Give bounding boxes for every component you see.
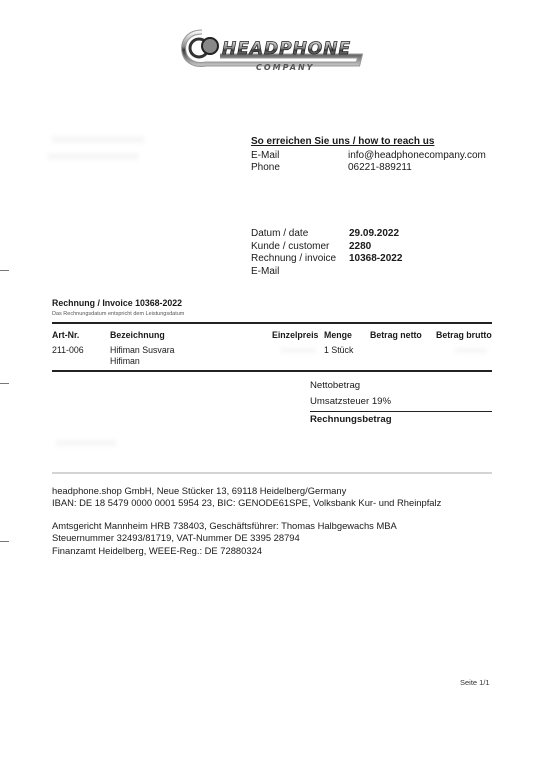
contact-email-link[interactable]: info@headphonecompany.com [348,150,486,163]
meta-value: 2280 [349,241,371,254]
meta-row-date: Datum / date 29.09.2022 [251,228,501,241]
cell-art-nr: 211-006 [52,345,84,355]
redacted-gross [455,348,487,353]
cell-product-brand: Hifiman [110,356,140,366]
company-logo: HEADPHONE COMPANY [180,26,366,72]
vat-label: Umsatzsteuer 19% [310,394,492,410]
fold-mark [0,383,9,384]
invoice-subtitle: Das Rechnungsdatum entspricht dem Leistu… [52,311,184,318]
col-header-einzelpreis: Einzelpreis [272,330,318,340]
col-header-betrag-netto: Betrag netto [370,330,422,340]
meta-label: E-Mail [251,266,349,279]
redacted-sender-line [52,136,144,143]
col-header-bezeichnung: Bezeichnung [110,330,165,340]
table-top-rule [52,322,492,324]
meta-value: 29.09.2022 [349,228,399,241]
meta-label: Datum / date [251,228,349,241]
redacted-unit-price [280,348,316,353]
redacted-address-line [48,153,138,160]
footer-separator [52,472,492,474]
totals-block: Nettobetrag Umsatzsteuer 19% Rechnungsbe… [310,378,492,428]
footer-bank: IBAN: DE 18 5479 0000 0001 5954 23, BIC:… [52,497,502,509]
invoice-title: Rechnung / Invoice 10368-2022 [52,298,182,309]
cell-quantity: 1 Stück [324,345,353,355]
contact-row-email: E-Mail info@headphonecompany.com [251,150,501,163]
meta-value: 10368-2022 [349,253,402,266]
contact-label: E-Mail [251,150,348,163]
net-total-label: Nettobetrag [310,378,492,394]
col-header-menge: Menge [324,330,352,340]
contact-phone: 06221-889211 [348,162,412,175]
col-header-art-nr: Art-Nr. [52,330,79,340]
fold-mark [0,541,9,542]
company-footer: headphone.shop GmbH, Neue Stücker 13, 69… [52,485,502,557]
footer-register: Amtsgericht Mannheim HRB 738403, Geschäf… [52,520,502,532]
svg-text:COMPANY: COMPANY [256,63,314,72]
footer-address: headphone.shop GmbH, Neue Stücker 13, 69… [52,485,502,497]
contact-label: Phone [251,162,348,175]
svg-text:HEADPHONE: HEADPHONE [222,39,351,59]
meta-label: Kunde / customer [251,241,349,254]
table-bottom-rule [52,370,492,372]
footer-tax-office: Finanzamt Heidelberg, WEEE-Reg.: DE 7288… [52,545,502,557]
footer-tax-number: Steuernummer 32493/81719, VAT-Nummer DE … [52,532,502,544]
meta-row-invoice: Rechnung / invoice 10368-2022 [251,253,501,266]
invoice-meta: Datum / date 29.09.2022 Kunde / customer… [251,228,501,278]
cell-product-name: Hifiman Susvara [110,345,175,355]
meta-row-customer: Kunde / customer 2280 [251,241,501,254]
redacted-note [56,440,116,446]
fold-mark [0,270,9,271]
contact-row-phone: Phone 06221-889211 [251,162,501,175]
meta-label: Rechnung / invoice [251,253,349,266]
invoice-total-label: Rechnungsbetrag [310,412,492,428]
headphone-logo-icon: HEADPHONE COMPANY [180,26,366,72]
contact-heading: So erreichen Sie uns / how to reach us [251,136,501,149]
meta-row-email: E-Mail [251,266,501,279]
contact-block: So erreichen Sie uns / how to reach us E… [251,136,501,175]
page-number: Seite 1/1 [460,678,490,687]
col-header-betrag-brutto: Betrag brutto [436,330,492,340]
